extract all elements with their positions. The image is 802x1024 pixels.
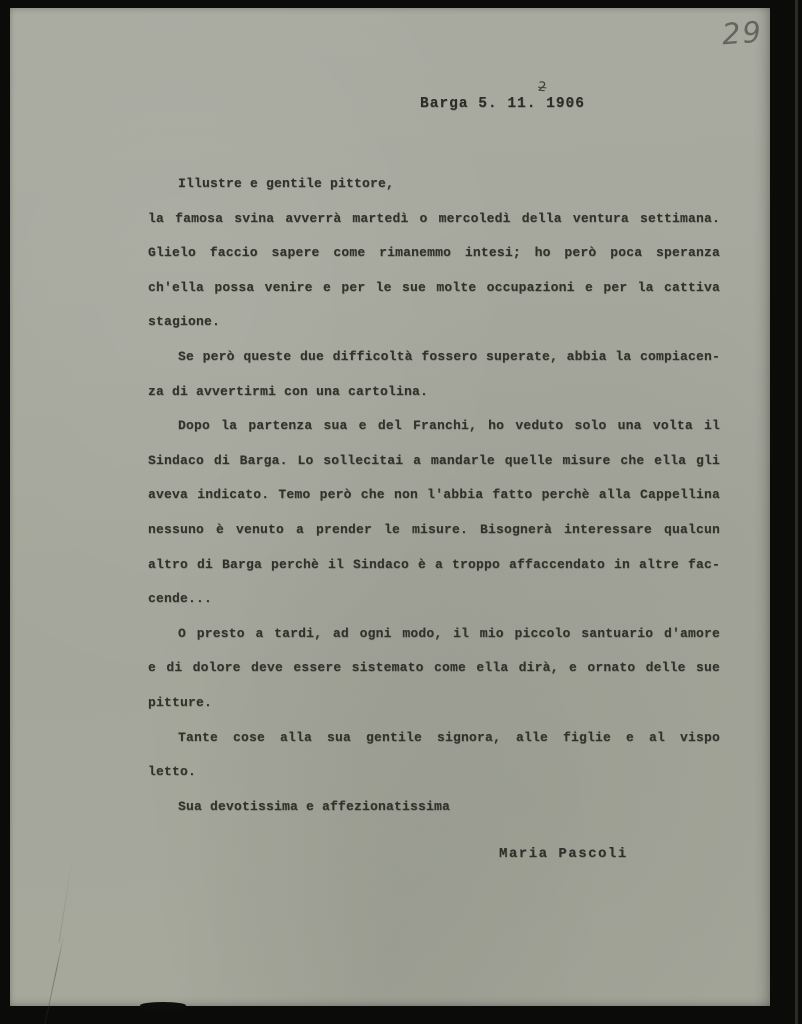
handwritten-page-number: 29 [721, 15, 764, 52]
letter-line: Glielo faccio sapere come rimanemmo inte… [148, 236, 720, 271]
letter-line: e di dolore deve essere sistemato come e… [148, 651, 720, 686]
letter-line: Sua devotissima e affezionatissima [148, 790, 720, 825]
letter-line: za di avvertirmi con una cartolina. [148, 375, 720, 410]
letter-line: la famosa svina avverrà martedì o mercol… [148, 202, 720, 237]
letter-line: cende... [148, 582, 720, 617]
letter-line: ch'ella possa venire e per le sue molte … [148, 271, 720, 306]
letter-line: Se però queste due difficoltà fossero su… [148, 340, 720, 375]
letter-line: Illustre e gentile pittore, [148, 167, 720, 202]
letter-line: Sindaco di Barga. Lo sollecitai a mandar… [148, 444, 720, 479]
letter-line: aveva indicato. Temo però che non l'abbi… [148, 478, 720, 513]
letter-page: 29 2 Barga 5. 11. 1906 Illustre e gentil… [10, 8, 770, 1006]
letter-line: letto. [148, 755, 720, 790]
letter-line: nessuno è venuto a prender le misure. Bi… [148, 513, 720, 548]
paper-crease [44, 934, 64, 1024]
scan-edge-line [795, 0, 798, 1024]
letter-line: altro di Barga perchè il Sindaco è a tro… [148, 548, 720, 583]
letter-line: O presto a tardi, ad ogni modo, il mio p… [148, 617, 720, 652]
signature: Maria Pascoli [499, 846, 628, 862]
letter-line: pitture. [148, 686, 720, 721]
date-line: Barga 5. 11. 1906 [420, 96, 585, 112]
letter-body: Illustre e gentile pittore,la famosa svi… [148, 167, 720, 824]
scan-background: 29 2 Barga 5. 11. 1906 Illustre e gentil… [0, 0, 802, 1024]
scan-artifact [140, 1002, 186, 1009]
letter-line: stagione. [148, 305, 720, 340]
paper-crease-upper [59, 849, 75, 943]
letter-line: Dopo la partenza sua e del Franchi, ho v… [148, 409, 720, 444]
handwritten-correction: 2 [537, 80, 547, 96]
letter-line: Tante cose alla sua gentile signora, all… [148, 721, 720, 756]
